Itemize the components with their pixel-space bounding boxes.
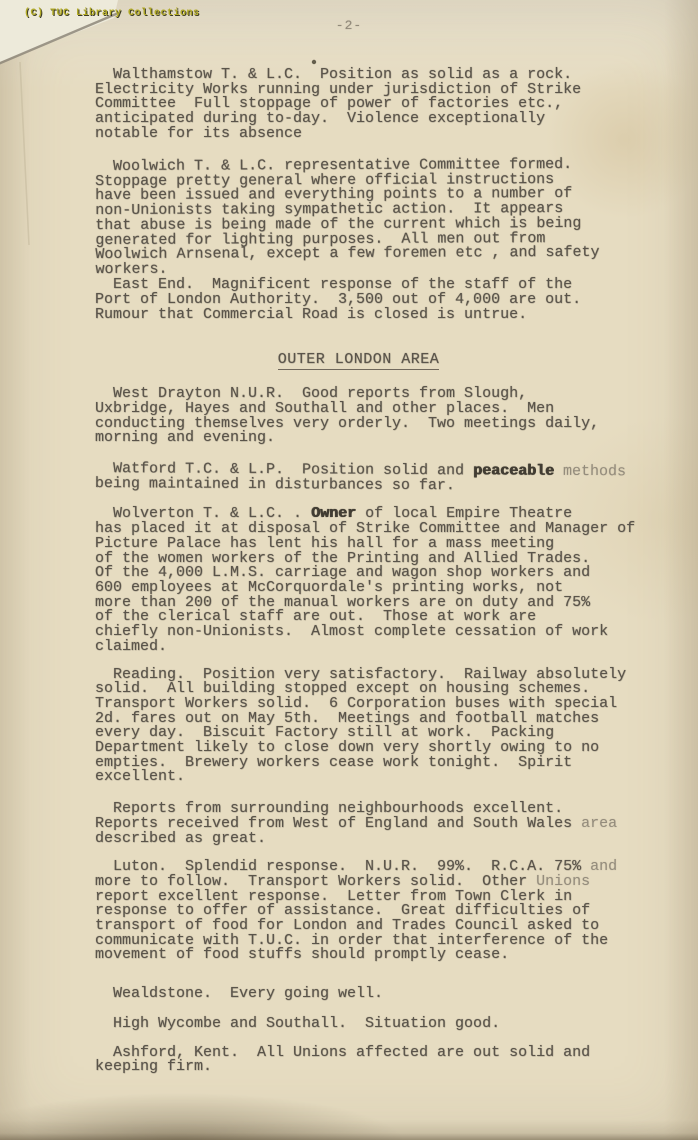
text-line: claimed. — [95, 640, 658, 655]
text-line: chiefly non-Unionists. Almost complete c… — [95, 625, 658, 640]
text-line: Wealdstone. Every going well. — [95, 987, 658, 1002]
text-line: Woolwich Arnsenal, except a few foremen … — [95, 245, 658, 262]
paragraph-walthamstow: Walthamstow T. & L.C. Position as solid … — [95, 68, 658, 142]
paragraph-luton: Luton. Splendid response. N.U.R. 99%. R.… — [95, 860, 658, 963]
text-line: described as great. — [95, 832, 658, 847]
text-line: movement of food stuffs should promptly … — [95, 948, 658, 963]
text-line: morning and evening. — [95, 431, 658, 446]
paragraph-east-end: East End. Magnificent response of the st… — [95, 278, 658, 322]
section-heading-text: OUTER LONDON AREA — [278, 352, 440, 370]
paragraph-ashford: Ashford, Kent. All Unions affected are o… — [95, 1046, 658, 1075]
text-line: notable for its absence — [95, 127, 658, 142]
watermark-tuc-library: (C) TUC Library Collections — [24, 8, 200, 19]
scanned-document-page: (C) TUC Library Collections -2- Walthams… — [0, 0, 698, 1140]
text-line: High Wycombe and Southall. Situation goo… — [95, 1017, 658, 1032]
paragraph-high-wycombe: High Wycombe and Southall. Situation goo… — [95, 1017, 658, 1032]
paragraph-woolwich: Woolwich T. & L.C. representative Commit… — [95, 157, 659, 277]
text-line: keeping firm. — [95, 1060, 658, 1075]
text-line: Rumour that Commercial Road is closed is… — [95, 308, 658, 323]
text-line: excellent. — [95, 770, 658, 785]
section-heading-outer-london-area: OUTER LONDON AREA — [95, 352, 622, 370]
paragraph-watford: Watford T.C. & L.P. Position solid and p… — [95, 462, 658, 495]
paragraph-wealdstone: Wealdstone. Every going well. — [95, 987, 658, 1002]
paragraph-wolverton: Wolverton T. & L.C. . Owner of local Emp… — [95, 507, 658, 654]
paragraph-west-drayton: West Drayton N.U.R. Good reports from Sl… — [95, 387, 658, 446]
paragraph-reading: Reading. Position very satisfactory. Rai… — [95, 668, 658, 786]
paragraph-reports-surrounding: Reports from surrounding neighbourhoods … — [95, 802, 658, 846]
typewritten-text: Walthamstow T. & L.C. Position as solid … — [0, 0, 698, 1075]
